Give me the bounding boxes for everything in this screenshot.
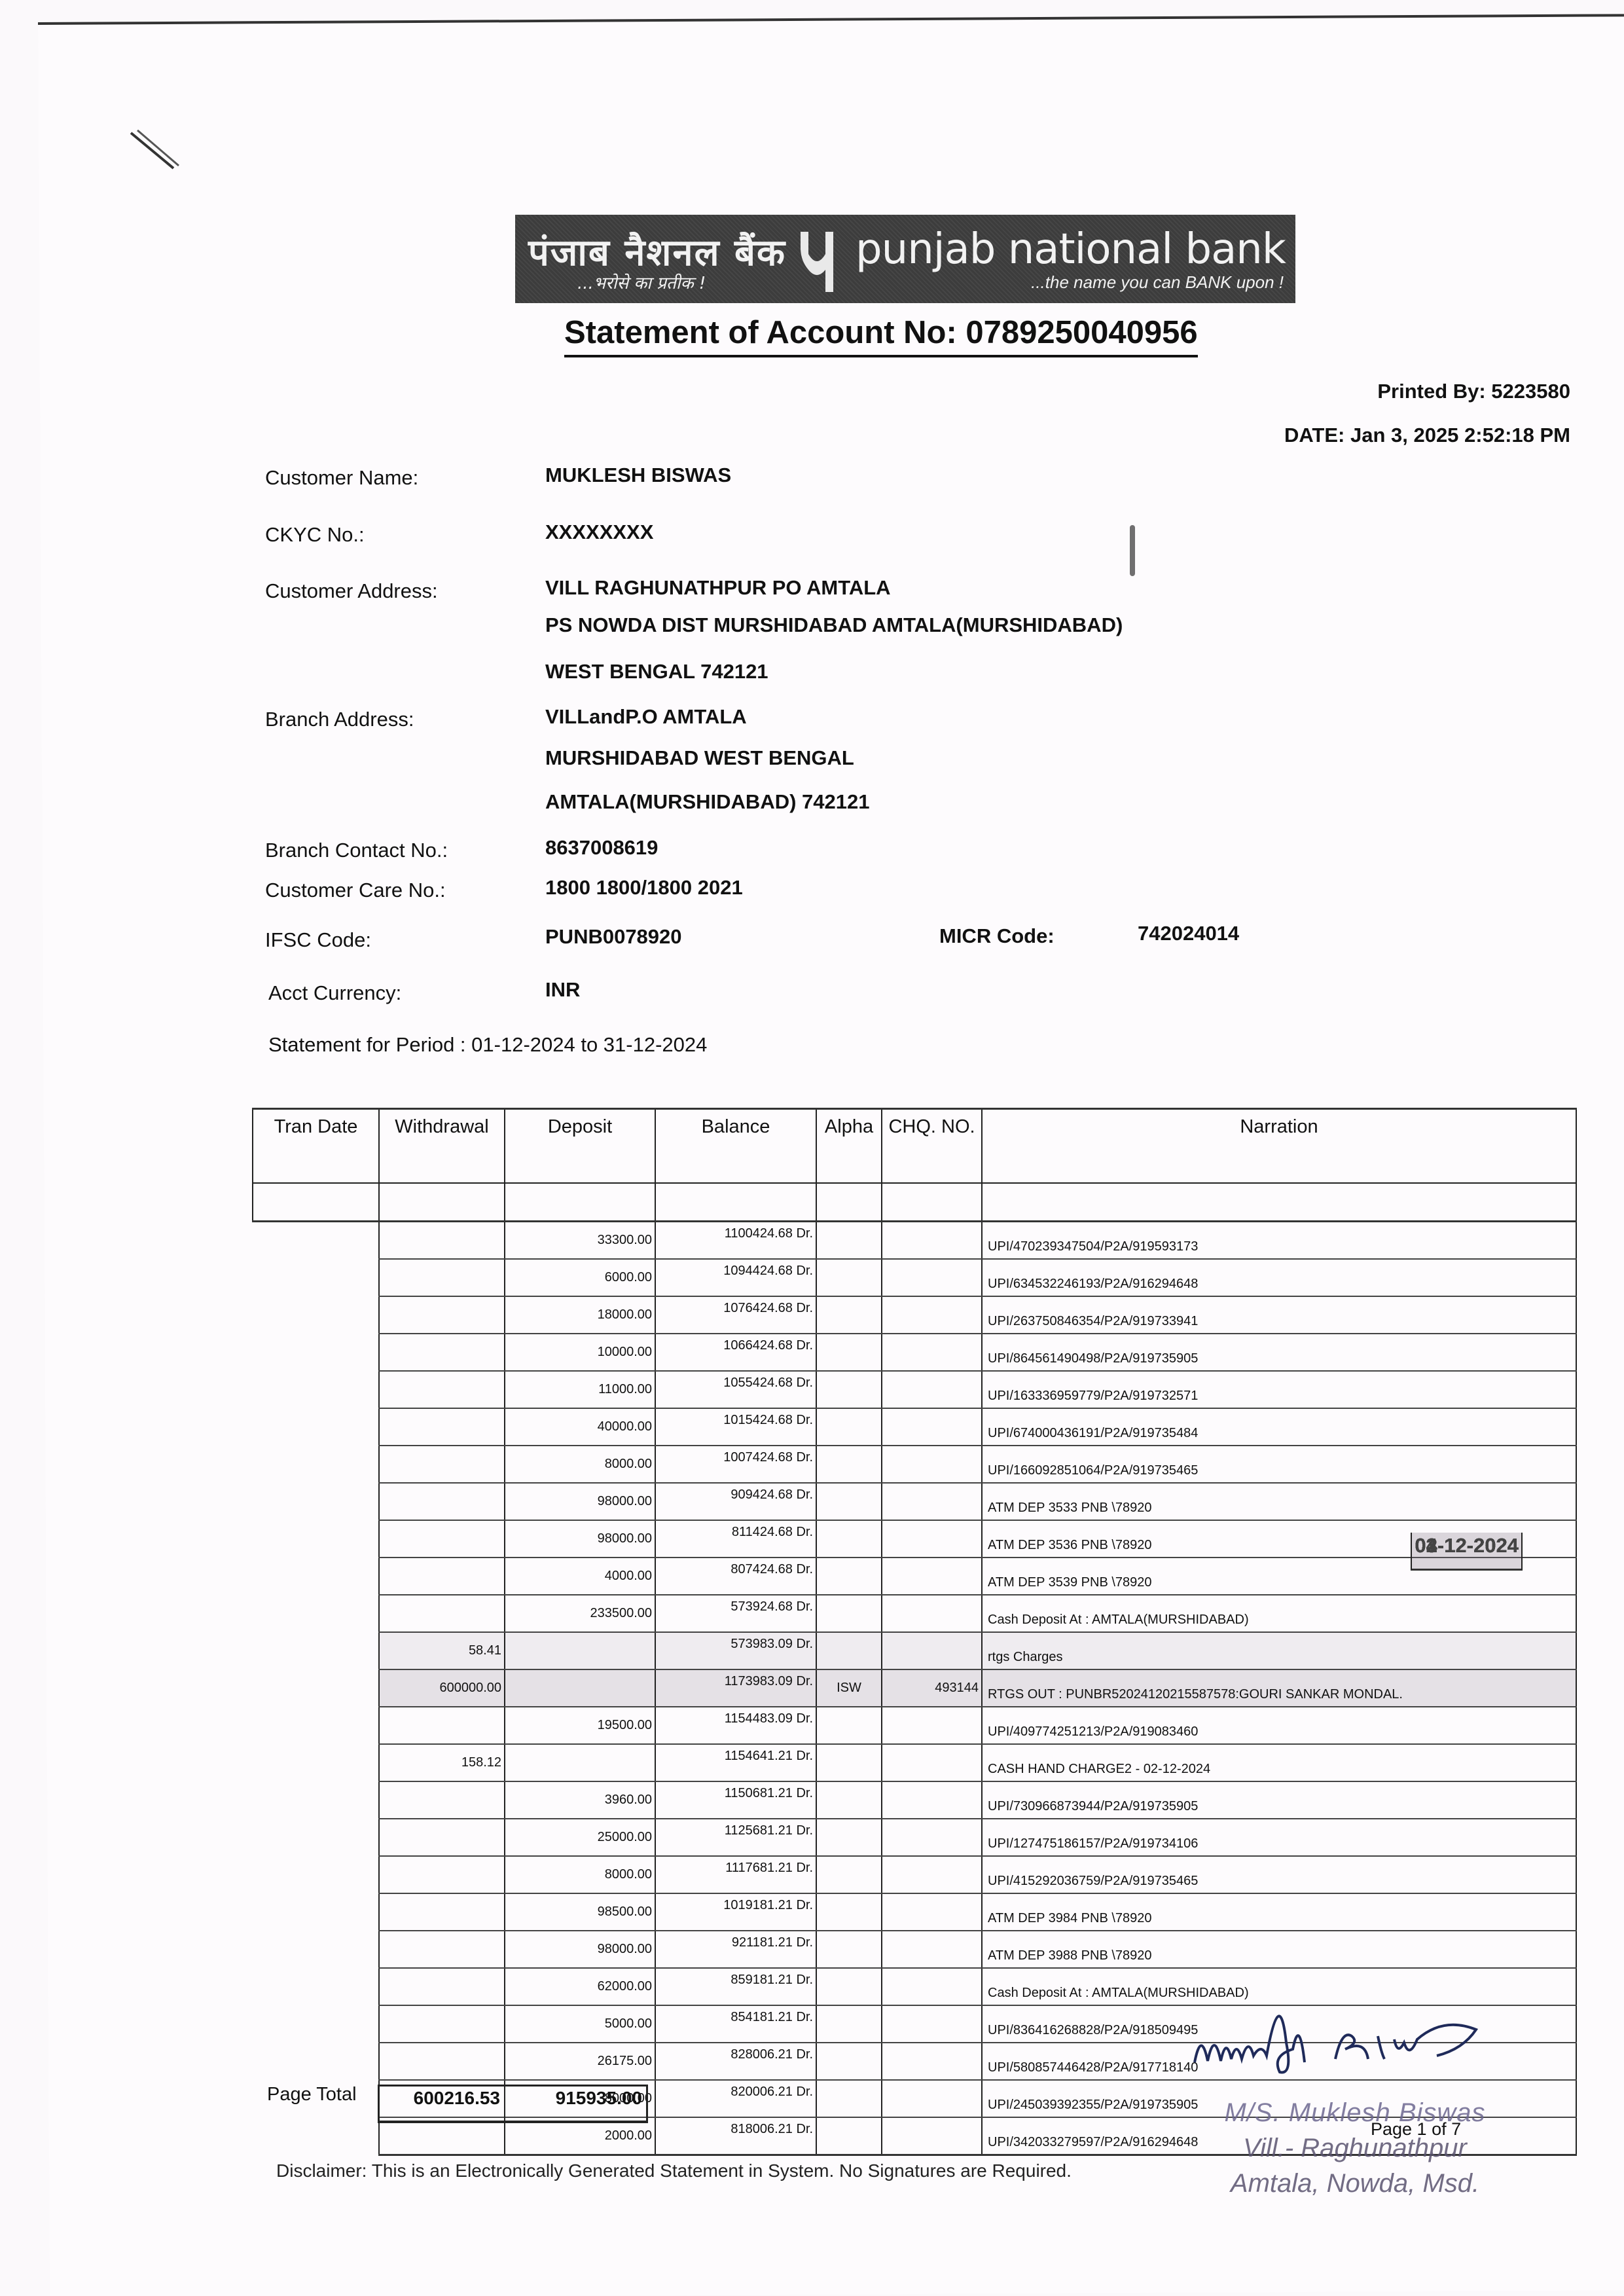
narration-cell: CASH HAND CHARGE2 - 02-12-2024 xyxy=(982,1744,1576,1781)
column-header: CHQ. NO. xyxy=(882,1109,982,1184)
withdrawal-cell xyxy=(379,1483,505,1520)
page-total-label: Page Total xyxy=(267,2084,357,2105)
column-header: Balance xyxy=(655,1109,816,1184)
stamp-line: Vill.- Raghunathpur xyxy=(1191,2130,1519,2166)
balance-cell: 1154641.21 Dr. xyxy=(655,1744,816,1781)
ckyc-label: CKYC No.: xyxy=(265,523,365,547)
statement-period: Statement for Period : 01-12-2024 to 31-… xyxy=(268,1033,707,1057)
narration-cell: UPI/263750846354/P2A/919733941 xyxy=(982,1296,1576,1334)
alpha-cell xyxy=(816,2005,882,2043)
currency-value: INR xyxy=(545,978,580,1002)
narration-cell: ATM DEP 3533 PNB \78920 xyxy=(982,1483,1576,1520)
narration-cell: UPI/674000436191/P2A/919735484 xyxy=(982,1408,1576,1446)
withdrawal-cell: 58.41 xyxy=(379,1632,505,1669)
deposit-cell: 3960.00 xyxy=(505,1781,655,1819)
table-row: 03-12-202419500.001154483.09 Dr.UPI/4097… xyxy=(253,1707,1576,1744)
alpha-cell xyxy=(816,1334,882,1371)
alpha-cell xyxy=(816,1371,882,1408)
balance-cell: 573983.09 Dr. xyxy=(655,1632,816,1669)
cheque-number-cell xyxy=(882,1931,982,1968)
branch-address-line: MURSHIDABAD WEST BENGAL xyxy=(545,746,854,770)
printed-by: Printed By: 5223580 xyxy=(1377,380,1570,403)
balance-cell: 1117681.21 Dr. xyxy=(655,1856,816,1893)
tran-date-cell: 04-12-2024 xyxy=(1411,1533,1523,1571)
narration-cell: ATM DEP 3984 PNB \78920 xyxy=(982,1893,1576,1931)
narration-cell: UPI/127475186157/P2A/919734106 xyxy=(982,1819,1576,1856)
withdrawal-cell xyxy=(379,1707,505,1744)
balance-cell: 1100424.68 Dr. xyxy=(655,1222,816,1260)
deposit-cell: 98500.00 xyxy=(505,1893,655,1931)
table-row: 01-12-20246000.001094424.68 Dr.UPI/63453… xyxy=(253,1259,1576,1296)
handwritten-signature xyxy=(1188,2003,1515,2082)
column-header: Narration xyxy=(982,1109,1576,1184)
balance-cell: 1173983.09 Dr. xyxy=(655,1669,816,1707)
cheque-number-cell xyxy=(882,1893,982,1931)
ink-mark xyxy=(1130,525,1135,576)
table-row: 02-12-202498000.00909424.68 Dr.ATM DEP 3… xyxy=(253,1483,1576,1520)
withdrawal-cell xyxy=(379,1334,505,1371)
cheque-number-cell xyxy=(882,1819,982,1856)
withdrawal-cell xyxy=(379,1222,505,1260)
alpha-cell xyxy=(816,2080,882,2117)
deposit-cell: 19500.00 xyxy=(505,1707,655,1744)
narration-cell: UPI/415292036759/P2A/919735465 xyxy=(982,1856,1576,1893)
table-row: 03-12-202498500.001019181.21 Dr.ATM DEP … xyxy=(253,1893,1576,1931)
deposit-cell: 6000.00 xyxy=(505,1259,655,1296)
alpha-cell xyxy=(816,1819,882,1856)
alpha-cell xyxy=(816,1408,882,1446)
branch-address-label: Branch Address: xyxy=(265,708,414,731)
column-header: Withdrawal xyxy=(379,1109,505,1184)
alpha-cell xyxy=(816,1222,882,1260)
bank-tagline-hindi: ...भरोसे का प्रतीक ! xyxy=(577,270,706,294)
balance-cell: 811424.68 Dr. xyxy=(655,1520,816,1558)
balance-cell: 854181.21 Dr. xyxy=(655,2005,816,2043)
alpha-cell xyxy=(816,1744,882,1781)
withdrawal-cell xyxy=(379,1408,505,1446)
deposit-cell: 10000.00 xyxy=(505,1334,655,1371)
narration-cell: Cash Deposit At : AMTALA(MURSHIDABAD) xyxy=(982,1968,1576,2005)
withdrawal-cell xyxy=(379,1893,505,1931)
column-header: Alpha xyxy=(816,1109,882,1184)
deposit-cell xyxy=(505,1632,655,1669)
cheque-number-cell: 493144 xyxy=(882,1669,982,1707)
balance-cell: 1125681.21 Dr. xyxy=(655,1819,816,1856)
bank-name-hindi: पंजाब नैशनल बैंक xyxy=(528,227,786,276)
deposit-cell: 4000.00 xyxy=(505,1558,655,1595)
branch-address-line: VILLandP.O AMTALA xyxy=(545,705,747,729)
narration-cell: Cash Deposit At : AMTALA(MURSHIDABAD) xyxy=(982,1595,1576,1632)
alpha-cell xyxy=(816,1595,882,1632)
branch-contact-label: Branch Contact No.: xyxy=(265,839,448,862)
alpha-cell xyxy=(816,1446,882,1483)
deposit-cell xyxy=(505,1744,655,1781)
alpha-cell xyxy=(816,1296,882,1334)
alpha-cell xyxy=(816,1856,882,1893)
narration-cell: UPI/730966873944/P2A/919735905 xyxy=(982,1781,1576,1819)
alpha-cell xyxy=(816,1558,882,1595)
balance-cell: 828006.21 Dr. xyxy=(655,2043,816,2080)
customer-address-label: Customer Address: xyxy=(265,579,438,603)
table-row: 03-12-202425000.001125681.21 Dr.UPI/1274… xyxy=(253,1819,1576,1856)
ifsc-code: PUNB0078920 xyxy=(545,925,682,949)
deposit-cell: 98000.00 xyxy=(505,1931,655,1968)
deposit-cell: 26175.00 xyxy=(505,2043,655,2080)
cheque-number-cell xyxy=(882,1707,982,1744)
deposit-cell: 62000.00 xyxy=(505,1968,655,2005)
page-total-deposit: 915935.00 xyxy=(504,2086,646,2121)
staple-mark-icon xyxy=(128,128,200,173)
alpha-cell xyxy=(816,1931,882,1968)
cheque-number-cell xyxy=(882,1408,982,1446)
micr-label: MICR Code: xyxy=(939,924,1055,948)
balance-cell: 807424.68 Dr. xyxy=(655,1558,816,1595)
cheque-number-cell xyxy=(882,2043,982,2080)
table-row: 02-12-202440000.001015424.68 Dr.UPI/6740… xyxy=(253,1408,1576,1446)
withdrawal-cell xyxy=(379,1931,505,1968)
deposit-cell: 5000.00 xyxy=(505,2005,655,2043)
alpha-cell xyxy=(816,2043,882,2080)
narration-cell: RTGS OUT : PUNBR52024120215587578:GOURI … xyxy=(982,1669,1576,1707)
column-header: Deposit xyxy=(505,1109,655,1184)
table-row: 03-12-20243960.001150681.21 Dr.UPI/73096… xyxy=(253,1781,1576,1819)
table-row: 02-12-20244000.00807424.68 Dr.ATM DEP 35… xyxy=(253,1558,1576,1595)
deposit-cell: 40000.00 xyxy=(505,1408,655,1446)
micr-code: 742024014 xyxy=(1138,922,1239,945)
cheque-number-cell xyxy=(882,1744,982,1781)
withdrawal-cell xyxy=(379,1968,505,2005)
alpha-cell xyxy=(816,1707,882,1744)
print-date: DATE: Jan 3, 2025 2:52:18 PM xyxy=(1284,424,1570,447)
balance-cell: 1094424.68 Dr. xyxy=(655,1259,816,1296)
deposit-cell: 8000.00 xyxy=(505,1446,655,1483)
balance-cell: 859181.21 Dr. xyxy=(655,1968,816,2005)
cheque-number-cell xyxy=(882,2080,982,2117)
balance-cell: 573924.68 Dr. xyxy=(655,1595,816,1632)
customer-care: 1800 1800/1800 2021 xyxy=(545,876,743,900)
customer-name: MUKLESH BISWAS xyxy=(545,464,731,487)
page-total-withdrawal: 600216.53 xyxy=(380,2086,504,2121)
narration-cell: UPI/634532246193/P2A/916294648 xyxy=(982,1259,1576,1296)
disclaimer: Disclaimer: This is an Electronically Ge… xyxy=(276,2160,1072,2181)
balance-cell: 1150681.21 Dr. xyxy=(655,1781,816,1819)
customer-name-label: Customer Name: xyxy=(265,466,418,490)
cheque-number-cell xyxy=(882,1259,982,1296)
page-number: Page 1 of 7 xyxy=(1371,2119,1461,2140)
cheque-number-cell xyxy=(882,1446,982,1483)
narration-cell: UPI/163336959779/P2A/919732571 xyxy=(982,1371,1576,1408)
withdrawal-cell xyxy=(379,1520,505,1558)
narration-cell: rtgs Charges xyxy=(982,1632,1576,1669)
table-row: 01-12-202433300.001100424.68 Dr.UPI/4702… xyxy=(253,1222,1576,1260)
withdrawal-cell xyxy=(379,1595,505,1632)
withdrawal-cell xyxy=(379,2005,505,2043)
table-row: 02-12-202418000.001076424.68 Dr.UPI/2637… xyxy=(253,1296,1576,1334)
pnb-emblem-icon xyxy=(798,228,836,293)
cheque-number-cell xyxy=(882,1558,982,1595)
business-stamp: M/S. Muklesh Biswas Vill.- Raghunathpur … xyxy=(1191,2095,1519,2201)
narration-cell: UPI/864561490498/P2A/919735905 xyxy=(982,1334,1576,1371)
table-row: 02-12-202411000.001055424.68 Dr.UPI/1633… xyxy=(253,1371,1576,1408)
cheque-number-cell xyxy=(882,1371,982,1408)
balance-cell: 1066424.68 Dr. xyxy=(655,1334,816,1371)
cheque-number-cell xyxy=(882,2117,982,2155)
alpha-cell xyxy=(816,1259,882,1296)
alpha-cell xyxy=(816,1893,882,1931)
branch-contact: 8637008619 xyxy=(545,836,658,860)
balance-cell: 921181.21 Dr. xyxy=(655,1931,816,1968)
balance-cell: 909424.68 Dr. xyxy=(655,1483,816,1520)
bank-logo-banner: पंजाब नैशनल बैंक ...भरोसे का प्रतीक ! pu… xyxy=(515,215,1295,303)
customer-care-label: Customer Care No.: xyxy=(265,879,446,902)
table-row: 02-12-202498000.00811424.68 Dr.ATM DEP 3… xyxy=(253,1520,1576,1558)
transactions-table: Tran Date Withdrawal Deposit Balance Alp… xyxy=(252,1108,1577,2156)
table-row: 03-12-202498000.00921181.21 Dr.ATM DEP 3… xyxy=(253,1931,1576,1968)
bank-tagline-english: ...the name you can BANK upon ! xyxy=(1031,272,1284,293)
branch-address-line: AMTALA(MURSHIDABAD) 742121 xyxy=(545,790,869,814)
currency-label: Acct Currency: xyxy=(268,981,401,1005)
deposit-cell: 98000.00 xyxy=(505,1520,655,1558)
table-row: 02-12-20248000.001007424.68 Dr.UPI/16609… xyxy=(253,1446,1576,1483)
deposit-cell: 8000.00 xyxy=(505,1856,655,1893)
deposit-cell: 18000.00 xyxy=(505,1296,655,1334)
stamp-line: M/S. Muklesh Biswas xyxy=(1191,2095,1519,2130)
cheque-number-cell xyxy=(882,1781,982,1819)
withdrawal-cell xyxy=(379,1856,505,1893)
narration-cell: UPI/166092851064/P2A/919735465 xyxy=(982,1446,1576,1483)
ckyc-value: XXXXXXXX xyxy=(545,520,653,544)
alpha-cell: ISW xyxy=(816,1669,882,1707)
alpha-cell xyxy=(816,2117,882,2155)
customer-address-line: VILL RAGHUNATHPUR PO AMTALA xyxy=(545,576,891,600)
bank-name-english: punjab national bank xyxy=(856,225,1286,274)
balance-cell: 1076424.68 Dr. xyxy=(655,1296,816,1334)
column-header: Tran Date xyxy=(253,1109,379,1184)
table-row: 02-12-2024233500.00573924.68 Dr.Cash Dep… xyxy=(253,1595,1576,1632)
alpha-cell xyxy=(816,1781,882,1819)
narration-cell: UPI/470239347504/P2A/919593173 xyxy=(982,1222,1576,1260)
balance-cell: 1015424.68 Dr. xyxy=(655,1408,816,1446)
alpha-cell xyxy=(816,1968,882,2005)
cheque-number-cell xyxy=(882,1296,982,1334)
table-row: 03-12-2024158.121154641.21 Dr.CASH HAND … xyxy=(253,1744,1576,1781)
deposit-cell: 98000.00 xyxy=(505,1483,655,1520)
table-header-row: Tran Date Withdrawal Deposit Balance Alp… xyxy=(253,1109,1576,1184)
customer-address-line: PS NOWDA DIST MURSHIDABAD AMTALA(MURSHID… xyxy=(545,613,1123,637)
table-row: 02-12-2024600000.001173983.09 Dr.ISW4931… xyxy=(253,1669,1576,1707)
page-total-box: 600216.53 915935.00 xyxy=(378,2085,648,2123)
alpha-cell xyxy=(816,1483,882,1520)
statement-title: Statement of Account No: 0789250040956 xyxy=(564,314,1198,357)
balance-cell: 1019181.21 Dr. xyxy=(655,1893,816,1931)
cheque-number-cell xyxy=(882,1595,982,1632)
withdrawal-cell xyxy=(379,1259,505,1296)
stamp-line: Amtala, Nowda, Msd. xyxy=(1191,2166,1519,2201)
table-spacer-row xyxy=(253,1183,1576,1222)
deposit-cell: 33300.00 xyxy=(505,1222,655,1260)
cheque-number-cell xyxy=(882,1334,982,1371)
balance-cell: 1055424.68 Dr. xyxy=(655,1371,816,1408)
cheque-number-cell xyxy=(882,1632,982,1669)
table-row: 02-12-202410000.001066424.68 Dr.UPI/8645… xyxy=(253,1334,1576,1371)
balance-cell: 820006.21 Dr. xyxy=(655,2080,816,2117)
balance-cell: 1154483.09 Dr. xyxy=(655,1707,816,1744)
narration-cell: UPI/409774251213/P2A/919083460 xyxy=(982,1707,1576,1744)
deposit-cell: 11000.00 xyxy=(505,1371,655,1408)
cheque-number-cell xyxy=(882,1520,982,1558)
withdrawal-cell: 158.12 xyxy=(379,1744,505,1781)
ifsc-label: IFSC Code: xyxy=(265,928,371,952)
cheque-number-cell xyxy=(882,1856,982,1893)
cheque-number-cell xyxy=(882,1222,982,1260)
alpha-cell xyxy=(816,1632,882,1669)
customer-address-line: WEST BENGAL 742121 xyxy=(545,660,768,683)
table-row: 03-12-202462000.00859181.21 Dr.Cash Depo… xyxy=(253,1968,1576,2005)
withdrawal-cell: 600000.00 xyxy=(379,1669,505,1707)
cheque-number-cell xyxy=(882,2005,982,2043)
cheque-number-cell xyxy=(882,1968,982,2005)
table-row: 02-12-202458.41573983.09 Dr.rtgs Charges xyxy=(253,1632,1576,1669)
table-row: 03-12-20248000.001117681.21 Dr.UPI/41529… xyxy=(253,1856,1576,1893)
deposit-cell: 233500.00 xyxy=(505,1595,655,1632)
withdrawal-cell xyxy=(379,1819,505,1856)
cheque-number-cell xyxy=(882,1483,982,1520)
alpha-cell xyxy=(816,1520,882,1558)
withdrawal-cell xyxy=(379,1781,505,1819)
withdrawal-cell xyxy=(379,1558,505,1595)
withdrawal-cell xyxy=(379,1296,505,1334)
balance-cell: 1007424.68 Dr. xyxy=(655,1446,816,1483)
withdrawal-cell xyxy=(379,1371,505,1408)
withdrawal-cell xyxy=(379,2043,505,2080)
balance-cell: 818006.21 Dr. xyxy=(655,2117,816,2155)
narration-cell: ATM DEP 3988 PNB \78920 xyxy=(982,1931,1576,1968)
deposit-cell xyxy=(505,1669,655,1707)
deposit-cell: 25000.00 xyxy=(505,1819,655,1856)
withdrawal-cell xyxy=(379,1446,505,1483)
